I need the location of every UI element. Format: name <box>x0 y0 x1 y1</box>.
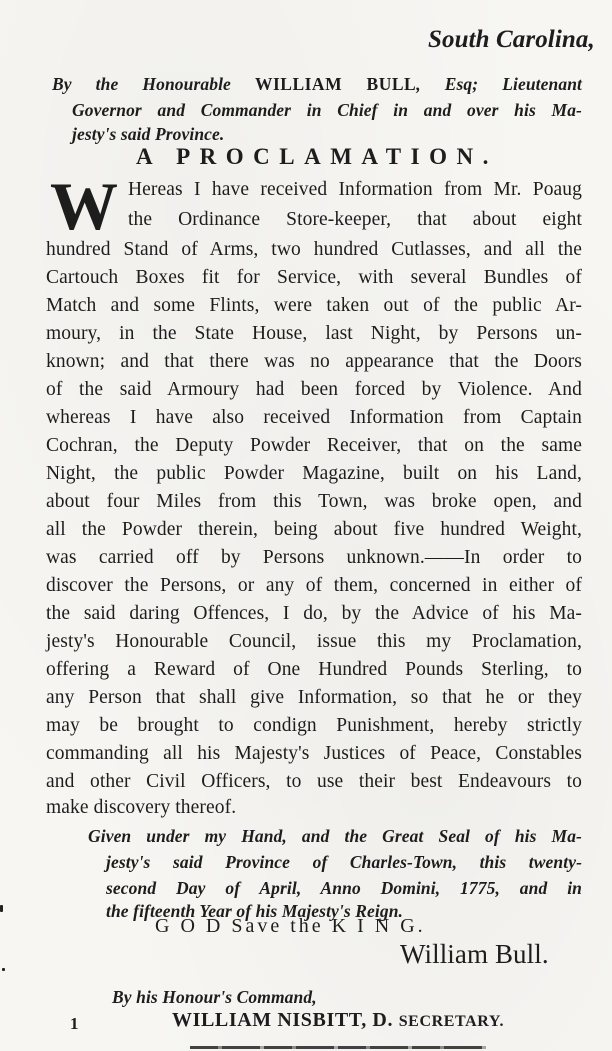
byline-line-1: By the Honourable WILLIAM BULL, Esq; Lie… <box>52 72 582 96</box>
secretary-name: WILLIAM NISBITT, D. <box>172 1009 393 1031</box>
body-line: Hereas I have received Information from … <box>128 178 582 202</box>
body-line: all the Powder therein, being about five… <box>46 518 582 542</box>
body-line: commanding all his Majesty's Justices of… <box>46 742 582 766</box>
body-line: was carried off by Persons unknown.——In … <box>46 546 582 570</box>
body-line: make discovery thereof. <box>46 796 582 820</box>
body-line: about four Miles from this Town, was bro… <box>46 490 582 514</box>
given-line: Given under my Hand, and the Great Seal … <box>88 824 582 848</box>
body-line: may be brought to condign Punishment, he… <box>46 714 582 738</box>
body-line: the Ordinance Store-keeper, that about e… <box>128 208 582 232</box>
by-command: By his Honour's Command, <box>112 985 317 1009</box>
body-line: Cartouch Boxes fit for Service, with sev… <box>46 266 582 290</box>
byline-line-3: jesty's said Province. <box>72 122 224 146</box>
god-save-the-king: G O D Save the K I N G. <box>155 914 426 938</box>
secretary-line: WILLIAM NISBITT, D. SECRETARY. <box>172 1008 504 1034</box>
margin-mark <box>2 968 5 971</box>
body-line: and other Civil Officers, to use their b… <box>46 770 582 794</box>
folio-mark: 1 <box>70 1012 79 1036</box>
state-heading: South Carolina, <box>428 28 595 52</box>
body-line: any Person that shall give Information, … <box>46 686 582 710</box>
body-line: known; and that there was no appearance … <box>46 350 582 374</box>
given-line: jesty's said Province of Charles-Town, t… <box>106 850 582 874</box>
governor-name: WILLIAM BULL <box>255 74 416 94</box>
body-line: Night, the public Powder Magazine, built… <box>46 462 582 486</box>
body-line: discover the Persons, or any of them, co… <box>46 574 582 598</box>
drop-cap: W <box>50 172 118 240</box>
body-line: of the said Armoury had been forced by V… <box>46 378 582 402</box>
given-line: second Day of April, Anno Domini, 1775, … <box>106 876 582 900</box>
secretary-title: SECRETARY. <box>399 1013 504 1030</box>
body-line: moury, in the State House, last Night, b… <box>46 322 582 346</box>
body-line: Match and some Flints, were taken out of… <box>46 294 582 318</box>
margin-mark <box>0 905 3 912</box>
byline-prefix: By the Honourable <box>52 74 231 94</box>
body-line: jesty's Honourable Council, issue this m… <box>46 630 582 654</box>
newspaper-page: South Carolina, By the Honourable WILLIA… <box>0 0 612 1051</box>
body-line: the said daring Offences, I do, by the A… <box>46 602 582 626</box>
byline-suffix: , Esq; Lieutenant <box>416 74 582 94</box>
body-line: Cochran, the Deputy Powder Receiver, tha… <box>46 434 582 458</box>
body-line: hundred Stand of Arms, two hundred Cutla… <box>46 238 582 262</box>
proclamation-title: A PROCLAMATION. <box>136 145 498 169</box>
body-line: whereas I have also received Information… <box>46 406 582 430</box>
byline-line-2: Governor and Commander in Chief in and o… <box>72 98 582 122</box>
body-line: offering a Reward of One Hundred Pounds … <box>46 658 582 682</box>
section-divider-rule <box>190 1046 486 1049</box>
signature: William Bull. <box>400 942 549 966</box>
